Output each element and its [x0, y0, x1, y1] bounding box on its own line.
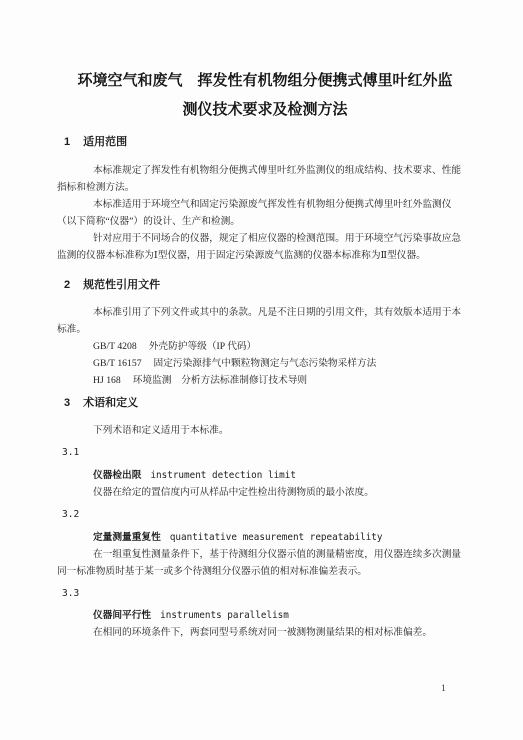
term-zh-3-1: 仪器检出限: [93, 470, 141, 481]
paragraph-terms-intro: 下列术语和定义适用于本标准。: [57, 422, 473, 439]
paragraph-scope-2: 本标准适用于环境空气和固定污染源废气挥发性有机物组分便携式傅里叶红外监测仪 （以…: [57, 196, 473, 230]
term-definition-3-2: 在一组重复性测量条件下，基于待测组分仪器示值的测量精密度，用仪器连续多次测量 同…: [57, 546, 473, 580]
reference-title: 外壳防护等级（IP 代码）: [149, 341, 257, 352]
reference-title: 环境监测 分析方法标准制修订技术导则: [133, 375, 307, 386]
section-3-number: 3: [64, 395, 70, 412]
paragraph-scope-1: 本标准规定了挥发性有机物组分便携式傅里叶红外监测仪的组成结构、技术要求、性能 指…: [57, 162, 473, 196]
section-2-heading: 2规范性引用文件: [57, 277, 473, 294]
reference-code: GB/T 16157: [93, 358, 142, 369]
clause-number-3-2: 3.2: [57, 506, 473, 523]
term-line-3-2: 定量测量重复性quantitative measurement repeatab…: [57, 529, 473, 546]
term-en-3-3: instruments parallelism: [160, 610, 289, 621]
reference-item: HJ 168环境监测 分析方法标准制修订技术导则: [57, 372, 473, 389]
reference-item: GB/T 4208外壳防护等级（IP 代码）: [57, 338, 473, 355]
term-definition-3-1: 仪器在给定的置信度内可从样品中定性检出待测物质的最小浓度。: [57, 484, 473, 501]
document-content: 环境空气和废气 挥发性有机物组分便携式傅里叶红外监 测仪技术要求及检测方法 1适…: [0, 0, 523, 641]
clause-number-3-1: 3.1: [57, 444, 473, 461]
section-1-number: 1: [64, 134, 70, 151]
clause-number-3-3: 3.3: [57, 585, 473, 602]
term-line-3-1: 仪器检出限instrument detection limit: [57, 467, 473, 484]
term-en-3-2: quantitative measurement repeatability: [170, 532, 383, 543]
term-zh-3-3: 仪器间平行性: [93, 610, 151, 621]
page-number: 1: [441, 683, 446, 695]
reference-code: GB/T 4208: [93, 341, 137, 352]
section-1-label: 适用范围: [83, 136, 127, 148]
document-page: 环境空气和废气 挥发性有机物组分便携式傅里叶红外监 测仪技术要求及检测方法 1适…: [0, 0, 523, 740]
reference-title: 固定污染源排气中颗粒物测定与气态污染物采样方法: [154, 358, 377, 369]
paragraph-references-intro: 本标准引用了下列文件或其中的条款。凡是不注日期的引用文件，其有效版本适用于本 标…: [57, 304, 473, 338]
document-title: 环境空气和废气 挥发性有机物组分便携式傅里叶红外监 测仪技术要求及检测方法: [57, 66, 473, 124]
term-line-3-3: 仪器间平行性instruments parallelism: [57, 607, 473, 624]
section-1-heading: 1适用范围: [57, 134, 473, 151]
references-list: GB/T 4208外壳防护等级（IP 代码） GB/T 16157固定污染源排气…: [57, 338, 473, 389]
section-3-label: 术语和定义: [83, 397, 138, 409]
reference-code: HJ 168: [93, 375, 121, 386]
term-zh-3-2: 定量测量重复性: [93, 532, 161, 543]
reference-item: GB/T 16157固定污染源排气中颗粒物测定与气态污染物采样方法: [57, 355, 473, 372]
section-3-heading: 3术语和定义: [57, 395, 473, 412]
section-2-label: 规范性引用文件: [83, 279, 160, 291]
term-en-3-1: instrument detection limit: [150, 470, 296, 481]
term-definition-3-3: 在相同的环境条件下，两套同型号系统对同一被测物测量结果的相对标准偏差。: [57, 624, 473, 641]
paragraph-scope-3: 针对应用于不同场合的仪器，规定了相应仪器的检测范围。用于环境空气污染事故应急 监…: [57, 230, 473, 264]
section-2-number: 2: [64, 277, 70, 294]
